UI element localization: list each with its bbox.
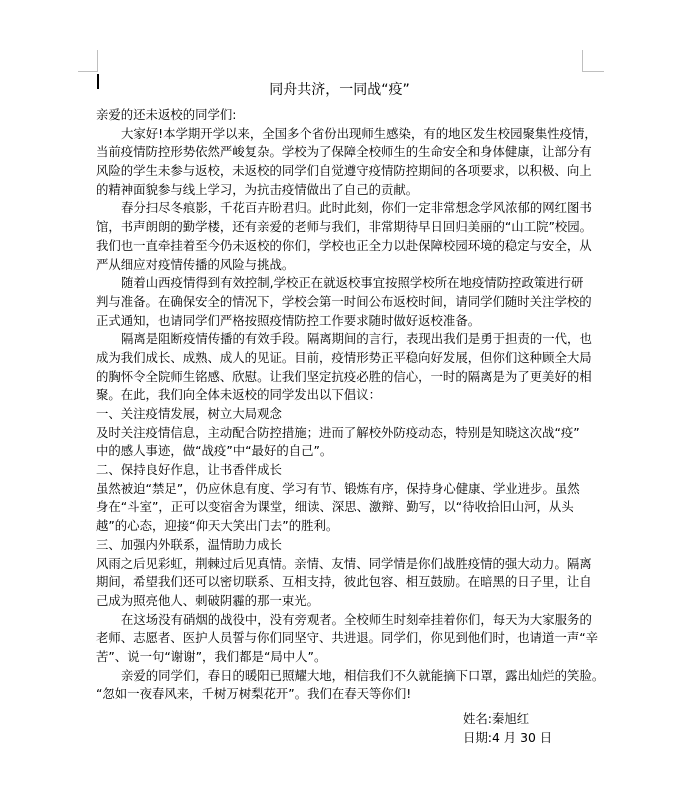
- text-line[interactable]: 在这场没有硝烟的战役中，没有旁观者。全校师生时刻牵挂着你们，每天为大家服务的: [96, 611, 596, 630]
- text-line[interactable]: “忽如一夜春风来，千树万树梨花开”。我们在春天等你们!: [96, 685, 596, 704]
- text-line[interactable]: 及时关注疫情信息，主动配合防控措施；进而了解校外防疫动态，特别是知晓这次战“疫”: [96, 424, 596, 443]
- text-line[interactable]: 的胸怀令全院师生铭感、欣慰。让我们坚定抗疫必胜的信心，一时的隔离是为了更美好的相: [96, 368, 596, 387]
- text-line[interactable]: 春分扫尽冬痕影，千花百卉盼君归。此时此刻，你们一定非常想念学风浓郁的网红图书: [96, 199, 596, 218]
- text-line[interactable]: 聚。在此，我们向全体未返校的同学发出以下倡议：: [96, 386, 596, 405]
- text-line[interactable]: 馆，书声朗朗的勤学楼，还有亲爱的老师与我们，非常期待早日回归美丽的“山工院”校园…: [96, 218, 596, 237]
- signature-date-line[interactable]: 日期:4 月 30 日: [463, 728, 552, 747]
- text-line[interactable]: 己成为照亮他人、刺破阴霾的那一束光。: [96, 592, 596, 611]
- text-line[interactable]: 虽然被迫“禁足”，仍应休息有度、学习有节、锻炼有序，保持身心健康、学业进步。虽然: [96, 480, 596, 499]
- document-page: 同舟共济，一同战“疫” 亲爱的还未返校的同学们:大家好!本学期开学以来，全国多个…: [0, 0, 679, 786]
- text-line[interactable]: 隔离是阻断疫情传播的有效手段。隔离期间的言行，表现出我们是勇于担责的一代，也: [96, 330, 596, 349]
- text-line[interactable]: 中的感人事迹，做“战疫”中“最好的自己”。: [96, 442, 596, 461]
- margin-crop-mark-top-left: [78, 50, 98, 72]
- text-line[interactable]: 成为我们成长、成熟、成人的见证。目前，疫情形势正平稳向好发展，但你们这种顾全大局: [96, 349, 596, 368]
- text-line[interactable]: 苦”、说一句“谢谢”，我们都是“局中人”。: [96, 648, 596, 667]
- text-line[interactable]: 我们也一直牵挂着至今仍未返校的你们，学校也正全力以赴保障校园环境的稳定与安全，从: [96, 237, 596, 256]
- text-line[interactable]: 越”的心态，迎接“仰天大笑出门去”的胜利。: [96, 517, 596, 536]
- text-line[interactable]: 亲爱的还未返校的同学们:: [96, 106, 596, 125]
- text-line[interactable]: 期间，希望我们还可以密切联系、互相支持，彼此包容、相互鼓励。在暗黑的日子里，让自: [96, 573, 596, 592]
- text-line[interactable]: 二、保持良好作息，让书香伴成长: [96, 461, 596, 480]
- signature-name-line[interactable]: 姓名:秦旭红: [463, 709, 552, 728]
- text-line[interactable]: 严从细应对疫情传播的风险与挑战。: [96, 256, 596, 275]
- text-line[interactable]: 身在“斗室”，正可以变宿舍为课堂，细读、深思、激辩、勤写，以“待收拾旧山河，从头: [96, 498, 596, 517]
- text-line[interactable]: 风险的学生未参与返校，未返校的同学们自觉遵守疫情防控期间的各项要求，以积极、向上: [96, 162, 596, 181]
- document-body-text[interactable]: 亲爱的还未返校的同学们:大家好!本学期开学以来，全国多个省份出现师生感染，有的地…: [96, 106, 596, 704]
- text-line[interactable]: 正式通知，也请同学们严格按照疫情防控工作要求随时做好返校准备。: [96, 312, 596, 331]
- document-title[interactable]: 同舟共济，一同战“疫”: [97, 79, 582, 99]
- margin-crop-mark-top-right: [582, 50, 604, 72]
- signature-block: 姓名:秦旭红 日期:4 月 30 日: [463, 709, 552, 746]
- text-line[interactable]: 随着山西疫情得到有效控制,学校正在就返校事宜按照学校所在地疫情防控政策进行研: [96, 274, 596, 293]
- text-line[interactable]: 当前疫情防控形势依然严峻复杂。学校为了保障全校师生的生命安全和身体健康，让部分有: [96, 143, 596, 162]
- text-line[interactable]: 亲爱的同学们，春日的暖阳已照耀大地，相信我们不久就能摘下口罩，露出灿烂的笑脸。: [96, 667, 596, 686]
- text-line[interactable]: 一、关注疫情发展，树立大局观念: [96, 405, 596, 424]
- text-line[interactable]: 风雨之后见彩虹，荆棘过后见真情。亲情、友情、同学情是你们战胜疫情的强大动力。隔离: [96, 555, 596, 574]
- text-line[interactable]: 老师、志愿者、医护人员誓与你们同坚守、共进退。同学们，你见到他们时，也请道一声“…: [96, 629, 596, 648]
- text-line[interactable]: 三、加强内外联系，温情助力成长: [96, 536, 596, 555]
- text-line[interactable]: 的精神面貌参与线上学习，为抗击疫情做出了自己的贡献。: [96, 181, 596, 200]
- text-line[interactable]: 大家好!本学期开学以来，全国多个省份出现师生感染，有的地区发生校园聚集性疫情，: [96, 125, 596, 144]
- text-line[interactable]: 判与准备。在确保安全的情况下，学校会第一时间公布返校时间，请同学们随时关注学校的: [96, 293, 596, 312]
